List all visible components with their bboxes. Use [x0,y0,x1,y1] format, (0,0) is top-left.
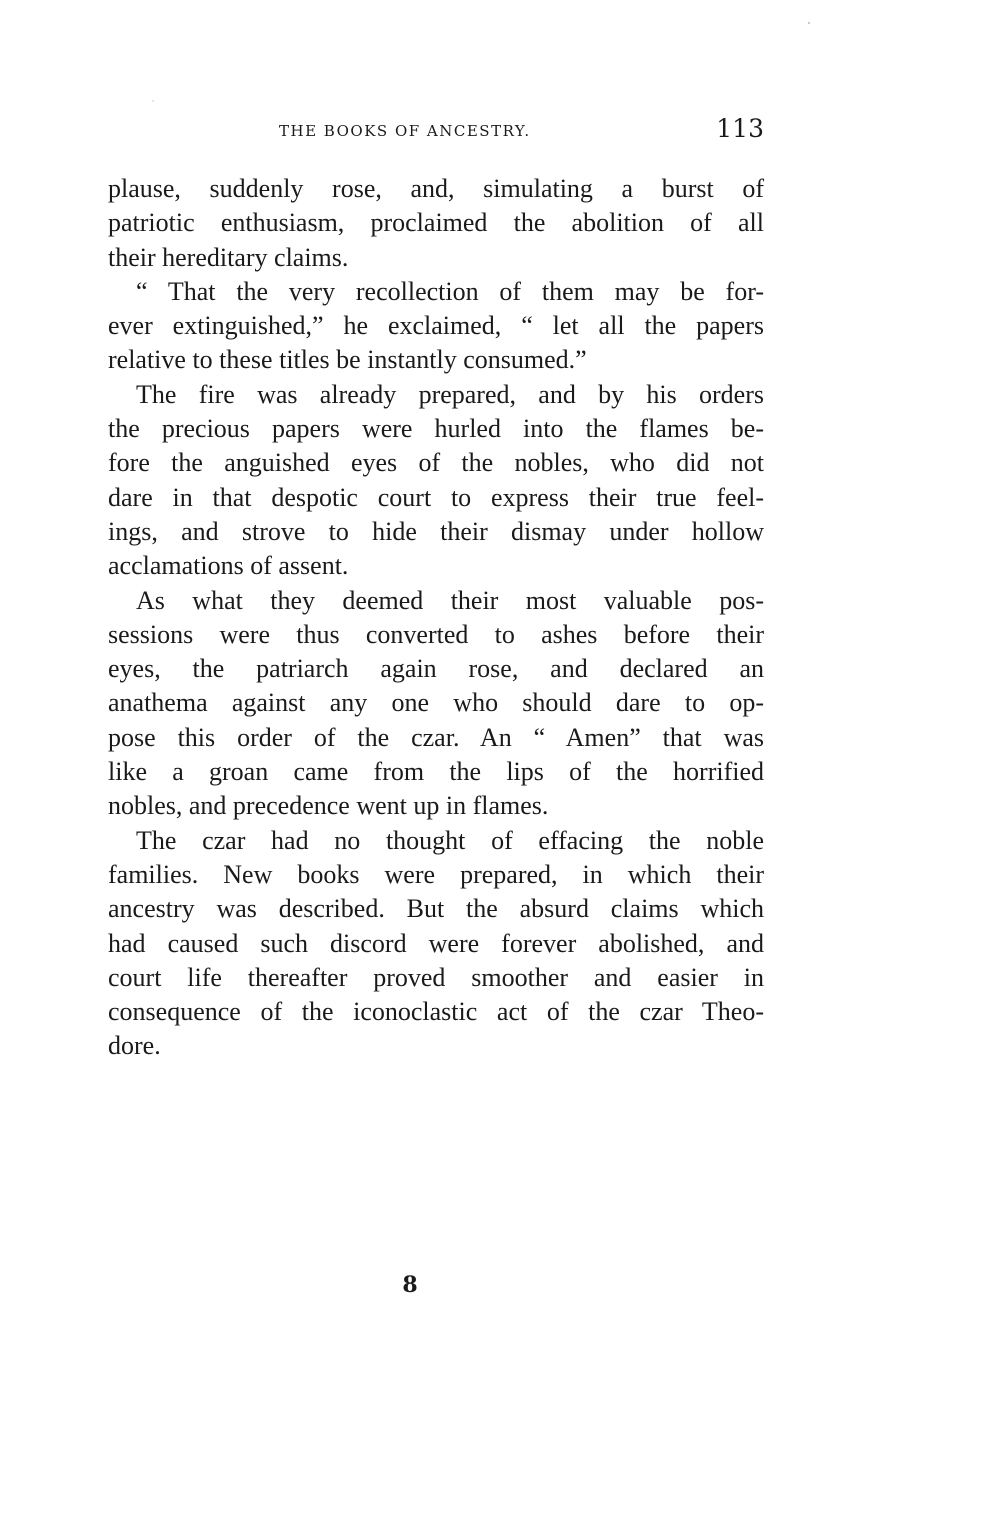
text-line: consequence of the iconoclastic act of t… [108,995,764,1029]
paragraph: The fire was already prepared, and by hi… [108,378,764,584]
paragraph: As what they deemed their most valuable … [108,584,764,824]
text-line: The fire was already prepared, and by hi… [108,378,764,412]
text-line: fore the anguished eyes of the nobles, w… [108,446,764,480]
text-line: acclamations of assent. [108,549,764,583]
text-line: ancestry was described. But the absurd c… [108,892,764,926]
text-line: sessions were thus converted to ashes be… [108,618,764,652]
text-line: dare in that despotic court to express t… [108,481,764,515]
text-line: ings, and strove to hide their dismay un… [108,515,764,549]
text-line: had caused such discord were forever abo… [108,927,764,961]
text-line: relative to these titles be instantly co… [108,343,764,377]
paragraph: The czar had no thought of effacing the … [108,824,764,1064]
scan-speck [808,22,810,24]
text-line: “ That the very recollection of them may… [108,275,764,309]
text-line: their hereditary claims. [108,241,764,275]
text-line: like a groan came from the lips of the h… [108,755,764,789]
book-page: THE BOOKS OF ANCESTRY. 113 plause, sudde… [0,0,1000,1516]
text-line: eyes, the patriarch again rose, and decl… [108,652,764,686]
running-title: THE BOOKS OF ANCESTRY. [279,122,531,140]
text-line: anathema against any one who should dare… [108,686,764,720]
signature-mark: 8 [390,1272,430,1298]
body-text: plause, suddenly rose, and, simulating a… [108,172,764,1064]
running-head: THE BOOKS OF ANCESTRY. 113 [108,114,764,148]
text-line: plause, suddenly rose, and, simulating a… [108,172,764,206]
paragraph: plause, suddenly rose, and, simulating a… [108,172,764,275]
scan-speck [152,100,154,102]
text-line: patriotic enthusiasm, proclaimed the abo… [108,206,764,240]
text-line: nobles, and precedence went up in flames… [108,789,764,823]
text-line: The czar had no thought of effacing the … [108,824,764,858]
text-line: families. New books were prepared, in wh… [108,858,764,892]
text-line: court life thereafter proved smoother an… [108,961,764,995]
page-number: 113 [716,114,764,143]
text-line: ever extinguished,” he exclaimed, “ let … [108,309,764,343]
text-line: dore. [108,1029,764,1063]
text-line: the precious papers were hurled into the… [108,412,764,446]
paragraph: “ That the very recollection of them may… [108,275,764,378]
text-line: pose this order of the czar. An “ Amen” … [108,721,764,755]
text-line: As what they deemed their most valuable … [108,584,764,618]
